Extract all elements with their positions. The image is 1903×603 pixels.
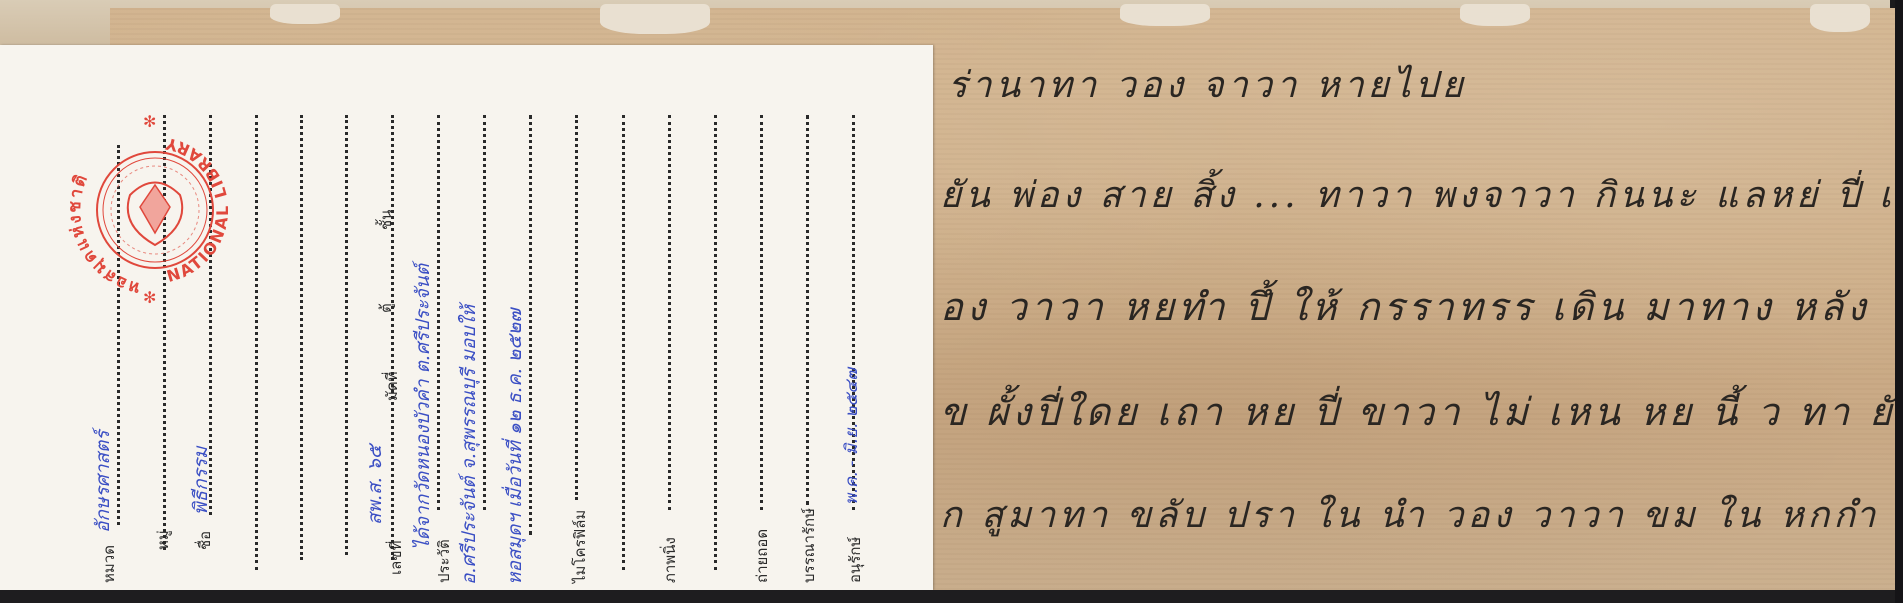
manuscript-line-4: ข ผั้งปี่ใดย เถา หย ปี่ ขาวา ไม่ เหน หย … (940, 381, 1903, 442)
catalog-card: หอสมุดแห่งชาติ NATIONAL LIBRARY ✻ ✻ หมวด… (0, 45, 933, 590)
label-conservation: อนุรักษ์ (843, 537, 867, 583)
label-category: หมวด (97, 545, 121, 583)
dotted-field-line (668, 115, 671, 510)
torn-edge (1120, 4, 1210, 26)
dotted-field-line (760, 115, 763, 510)
label-bundle: มัดที่ (380, 371, 404, 401)
label-group: หมู่ (151, 530, 175, 550)
torn-edge (600, 4, 710, 34)
dotted-field-line (300, 115, 303, 560)
label-title: ชื่อ (193, 531, 217, 550)
svg-text:หอสมุดแห่งชาติ: หอสมุดแห่งชาติ (65, 170, 143, 298)
dotted-field-line (714, 115, 717, 570)
manuscript-line-5: ก สูมาทา ขลับ ปรา ใน นำ วอง วาวา ขม ใน ห… (940, 486, 1903, 543)
torn-edge (270, 4, 340, 24)
manuscript-line-2: ยัน พ่อง สาย สิ้ง ... ทาวา พงจาวา กินนะ … (940, 166, 1903, 223)
label-shelf: ชั้น (374, 210, 398, 230)
value-history-line-1: ได้จากวัดหนองบัวคำ ต.ศรีประจันต์ (408, 264, 438, 550)
torn-edge (1460, 4, 1530, 26)
label-still-image: ภาพนิ่ง (658, 537, 682, 583)
background-bottom-edge (0, 590, 1903, 603)
value-title: พิธีกรรม (186, 446, 216, 515)
value-code: สพ.ส. ๖๕ (360, 445, 390, 525)
torn-edge (1810, 4, 1870, 32)
stamp-ornament-top-icon: ✻ (143, 115, 156, 131)
dotted-field-line (255, 115, 258, 570)
value-history-line-3: หอสมุดฯ เมื่อวันที่ ๑๒ ธ.ค. ๒๕๒๗ (500, 308, 530, 585)
label-librarian: บรรณารักษ์ (797, 508, 821, 583)
label-transcription: ถ่ายถอด (750, 529, 774, 583)
label-cabinet: ตู้ (374, 303, 398, 313)
svg-text:NATIONAL LIBRARY: NATIONAL LIBRARY (162, 134, 232, 286)
dotted-field-line (391, 115, 394, 560)
dotted-field-line (345, 115, 348, 555)
national-library-stamp: หอสมุดแห่งชาติ NATIONAL LIBRARY ✻ ✻ (60, 115, 250, 305)
manuscript-line-3: อง วาวา หยทำ ปึ้ ให้ กรราทรร เดิน มาทาง … (940, 276, 1870, 337)
value-category: อักษรศาสตร์ (88, 430, 118, 533)
stamp-english-text: NATIONAL LIBRARY (162, 134, 232, 286)
background-right-edge (1895, 0, 1903, 603)
dotted-field-line (806, 115, 809, 505)
label-number: เลขที่ (384, 541, 408, 575)
dotted-field-line (622, 115, 625, 570)
stamp-ornament-bottom-icon: ✻ (143, 288, 156, 305)
dotted-field-line (575, 115, 578, 500)
stamp-thai-text: หอสมุดแห่งชาติ (65, 170, 143, 298)
value-history-line-2: อ.ศรีประจันต์ จ.สุพรรณบุรี มอบให้ (454, 305, 484, 585)
value-conservation: พ.ค. - มิ.ย. ๒๕๔๗ (838, 368, 865, 505)
label-microfilm: ไมโครฟิล์ม (568, 510, 592, 583)
